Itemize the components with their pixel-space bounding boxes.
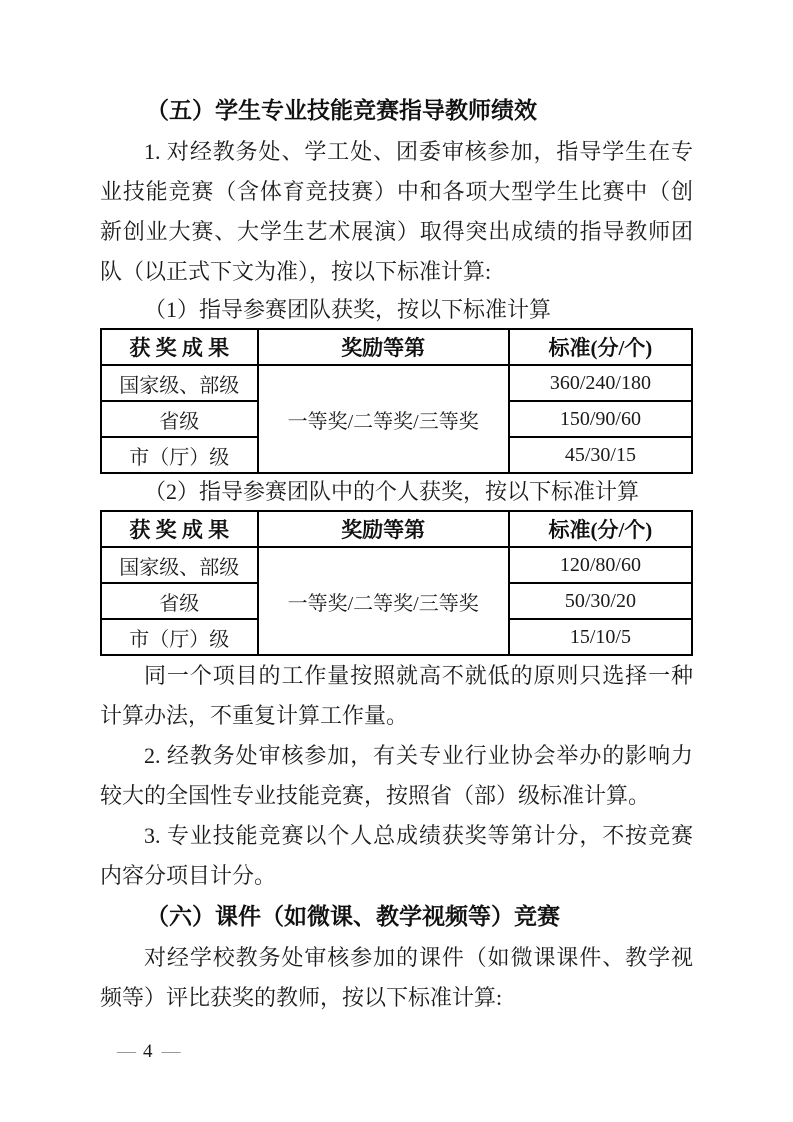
cell-level: 市（厅）级	[101, 437, 258, 473]
table-1-column-header-standard: 标准(分/个)	[509, 329, 692, 365]
workload-note-paragraph: 同一个项目的工作量按照就高不就低的原则只选择一种计算办法，不重复计算工作量。	[100, 656, 693, 736]
section-5-item-2-paragraph: 2. 经教务处审核参加，有关专业行业协会举办的影响力较大的全国性专业技能竞赛，按…	[100, 736, 693, 816]
page-number: —4—	[117, 1041, 179, 1063]
table-1-header-row: 获 奖 成 果 奖励等第 标准(分/个)	[101, 329, 692, 365]
cell-standard: 15/10/5	[509, 619, 692, 655]
cell-standard: 120/80/60	[509, 547, 692, 583]
cell-standard: 360/240/180	[509, 365, 692, 401]
section-5-intro-paragraph: 1. 对经教务处、学工处、团委审核参加，指导学生在专业技能竞赛（含体育竞技赛）中…	[100, 132, 693, 292]
cell-award-grades: 一等奖/二等奖/三等奖	[258, 365, 509, 473]
table-1-column-header-award-grade: 奖励等第	[258, 329, 509, 365]
cell-standard: 50/30/20	[509, 583, 692, 619]
cell-level: 市（厅）级	[101, 619, 258, 655]
cell-level: 国家级、部级	[101, 547, 258, 583]
section-5-heading: （五）学生专业技能竞赛指导教师绩效	[100, 90, 693, 132]
table-2-header-row: 获 奖 成 果 奖励等第 标准(分/个)	[101, 511, 692, 547]
table-2-caption: （2）指导参赛团队中的个人获奖，按以下标准计算	[100, 474, 693, 510]
section-6-intro-paragraph: 对经学校教务处审核参加的课件（如微课课件、教学视频等）评比获奖的教师，按以下标准…	[100, 938, 693, 1018]
page-number-left-dash: —	[117, 1041, 134, 1062]
cell-level: 省级	[101, 583, 258, 619]
section-6-heading: （六）课件（如微课、教学视频等）竞赛	[100, 896, 693, 938]
section-5-item-3-paragraph: 3. 专业技能竞赛以个人总成绩获奖等第计分，不按竞赛内容分项目计分。	[100, 816, 693, 896]
cell-level: 国家级、部级	[101, 365, 258, 401]
table-1-caption: （1）指导参赛团队获奖，按以下标准计算	[100, 292, 693, 328]
team-award-table: 获 奖 成 果 奖励等第 标准(分/个) 国家级、部级 一等奖/二等奖/三等奖 …	[100, 328, 693, 474]
table-2-column-header-award-result: 获 奖 成 果	[101, 511, 258, 547]
cell-standard: 150/90/60	[509, 401, 692, 437]
document-page: （五）学生专业技能竞赛指导教师绩效 1. 对经教务处、学工处、团委审核参加，指导…	[0, 0, 793, 1122]
table-2-column-header-standard: 标准(分/个)	[509, 511, 692, 547]
individual-award-table: 获 奖 成 果 奖励等第 标准(分/个) 国家级、部级 一等奖/二等奖/三等奖 …	[100, 510, 693, 656]
table-1-column-header-award-result: 获 奖 成 果	[101, 329, 258, 365]
cell-award-grades: 一等奖/二等奖/三等奖	[258, 547, 509, 655]
page-number-right-dash: —	[162, 1041, 179, 1062]
page-number-value: 4	[143, 1041, 153, 1062]
table-1-row-national: 国家级、部级 一等奖/二等奖/三等奖 360/240/180	[101, 365, 692, 401]
table-2-column-header-award-grade: 奖励等第	[258, 511, 509, 547]
cell-level: 省级	[101, 401, 258, 437]
table-2-row-national: 国家级、部级 一等奖/二等奖/三等奖 120/80/60	[101, 547, 692, 583]
cell-standard: 45/30/15	[509, 437, 692, 473]
